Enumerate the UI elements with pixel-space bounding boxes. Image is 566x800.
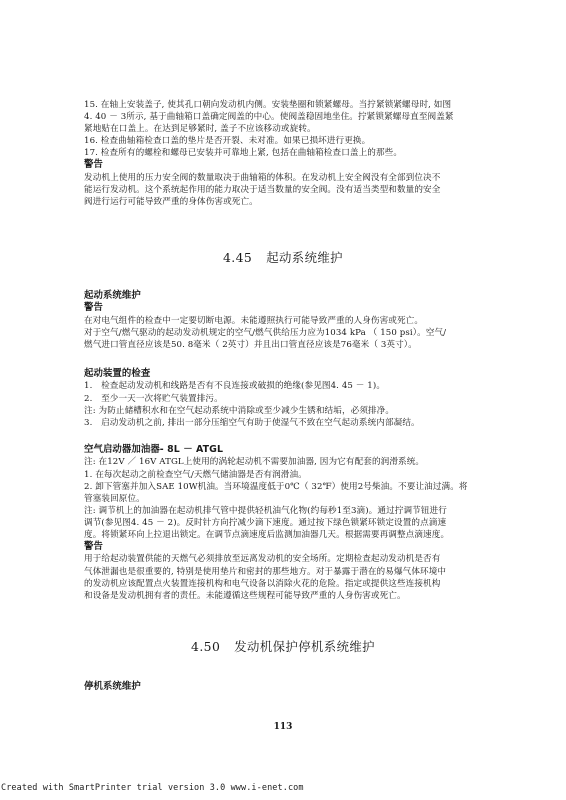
warning-text-line-1: 发动机上使用的压力安全阀的数量取决于曲轴箱的体积。在发动机上安全阀没有全部到位决… [84,172,494,184]
inspection-step-3: 3. 启动发动机之前, 排出一部分压缩空气有助于使湿气不致在空气起动系统内部凝结… [84,417,494,429]
section-number: 4.50 [191,639,220,654]
warning-heading: 警告 [84,302,494,314]
adjust-note-line-1: 注: 调节机上的加油器在起动机排气管中提供轻机油气化物(约每秒1至3滴)。通过拧… [84,505,494,517]
step-16: 16. 检查曲轴箱检查口盖的垫片是否开裂、未对准。如果已损坏进行更换。 [84,135,494,147]
lubricator-step-1: 1. 在每次起动之前检查空气/天燃气储油器是否有润滑油。 [84,469,494,481]
page-number: 113 [0,722,566,732]
warning-heading: 警告 [84,159,494,171]
starter-inspection: 起动装置的检查 1. 检查起动发动机和线路是否有不良连接或破损的绝缘(参见图4.… [84,368,494,429]
warning-text-line-1: 用于给起动装置供能的天燃气必须排放至远离发动机的安全场所。定期检查起动发动机是否… [84,553,494,565]
warning-heading: 警告 [84,541,494,553]
lubricator-step-2-line-2: 管塞装回原位。 [84,493,494,505]
watermark-footer: Created with SmartPrinter trial version … [1,783,304,793]
step-17: 17. 检查所有的螺栓和螺母已安装并可靠地上紧, 包括在曲轴箱检查口盖上的那些。 [84,147,494,159]
subsection-heading: 空气启动器加油器- 8L － ATGL [84,444,494,456]
inspection-step-2: 2. 至少一天一次将贮气装置排污。 [84,393,494,405]
section-number: 4.45 [223,250,252,265]
subsection-heading: 起动系统维护 [84,290,494,302]
warning-text-line-4: 和设备是发动机拥有者的责任。未能遵循这些规程可能导致严重的人身伤害或死亡。 [84,590,494,602]
section-title-4-45: 4.45起动系统维护 [0,248,566,266]
step-15-line-2: 4. 40 － 3所示, 基于曲轴箱口盖确定阀盖的中心。使阀盖稳固地坐住。拧紧锁… [84,111,494,123]
step-15-line-1: 15. 在轴上安装盖子, 使其孔口朝向发动机内侧。安装垫圈和锁紧螺母。当拧紧锁紧… [84,99,494,111]
warning-text-line-2: 能运行发动机。这个系统起作用的能力取决于适当数量的安全阀。没有适当类型和数量的安… [84,184,494,196]
step-15-line-3: 紧地贴在口盖上。在达到足够紧时, 盖子不应该移动或旋转。 [84,123,494,135]
warning-text-line-3: 的发动机应该配置点火装置连接机构和电气设备以消除火花的危险。指定或提供这些连接机… [84,578,494,590]
inspection-step-1: 1. 检查起动发动机和线路是否有不良连接或破损的绝缘(参见图4. 45 － 1)… [84,380,494,392]
adjust-note-line-3: 度。将锁紧环向上拉退出锁定。在调节点滴速度后监测加油器几天。根据需要再调整点滴速… [84,529,494,541]
warning-text-line-3: 阀进行运行可能导致严重的身体伤害或死亡。 [84,196,494,208]
warning-text-line-2: 对于空气/燃气驱动的起动发动机规定的空气/燃气供给压力应为1034 kPa （ … [84,327,494,339]
section-title-text: 发动机保护停机系统维护 [234,639,375,654]
warning-text-line-3: 燃气进口管直径应该是50. 8毫米（ 2英寸）并且出口管直径应该是76毫米（ 3… [84,339,494,351]
section-title-text: 起动系统维护 [266,250,343,265]
subsection-heading: 起动装置的检查 [84,368,494,380]
lubricator-step-2-line-1: 2. 卸下管塞并加入SAE 10W机油。当环境温度低于0℃（ 32℉）使用2号柴… [84,481,494,493]
adjust-note-line-2: 调节(参见图4. 45 － 2)。反时针方向拧减少滴下速度。通过按下绿色锁紧环锁… [84,517,494,529]
valve-cover-steps: 15. 在轴上安装盖子, 使其孔口朝向发动机内侧。安装垫圈和锁紧螺母。当拧紧锁紧… [84,99,494,208]
warning-text-line-1: 在对电气组件的检查中一定要切断电源。未能遵照执行可能导致严重的人身伤害或死亡。 [84,315,494,327]
starting-system-maintenance: 起动系统维护 警告 在对电气组件的检查中一定要切断电源。未能遵照执行可能导致严重… [84,290,494,351]
air-starter-lubricator: 空气启动器加油器- 8L － ATGL 注: 在12V ／ 16V ATGL上使… [84,444,494,602]
lubricator-note: 注: 在12V ／ 16V ATGL上使用的涡轮起动机不需要加油器, 因为它有配… [84,456,494,468]
section-title-4-50: 4.50发动机保护停机系统维护 [0,637,566,655]
warning-text-line-2: 气体泄漏也是很重要的, 特别是使用垫片和密封的那些地方。对于暴露于潜在的易爆气体… [84,566,494,578]
inspection-note: 注: 为防止储槽积水和在空气起动系统中消除或至少减少生锈和结垢，必须排净。 [84,405,494,417]
subsection-heading: 停机系统维护 [84,681,494,693]
document-page: 15. 在轴上安装盖子, 使其孔口朝向发动机内侧。安装垫圈和锁紧螺母。当拧紧锁紧… [0,0,566,800]
shutdown-system-maintenance: 停机系统维护 [84,681,494,693]
